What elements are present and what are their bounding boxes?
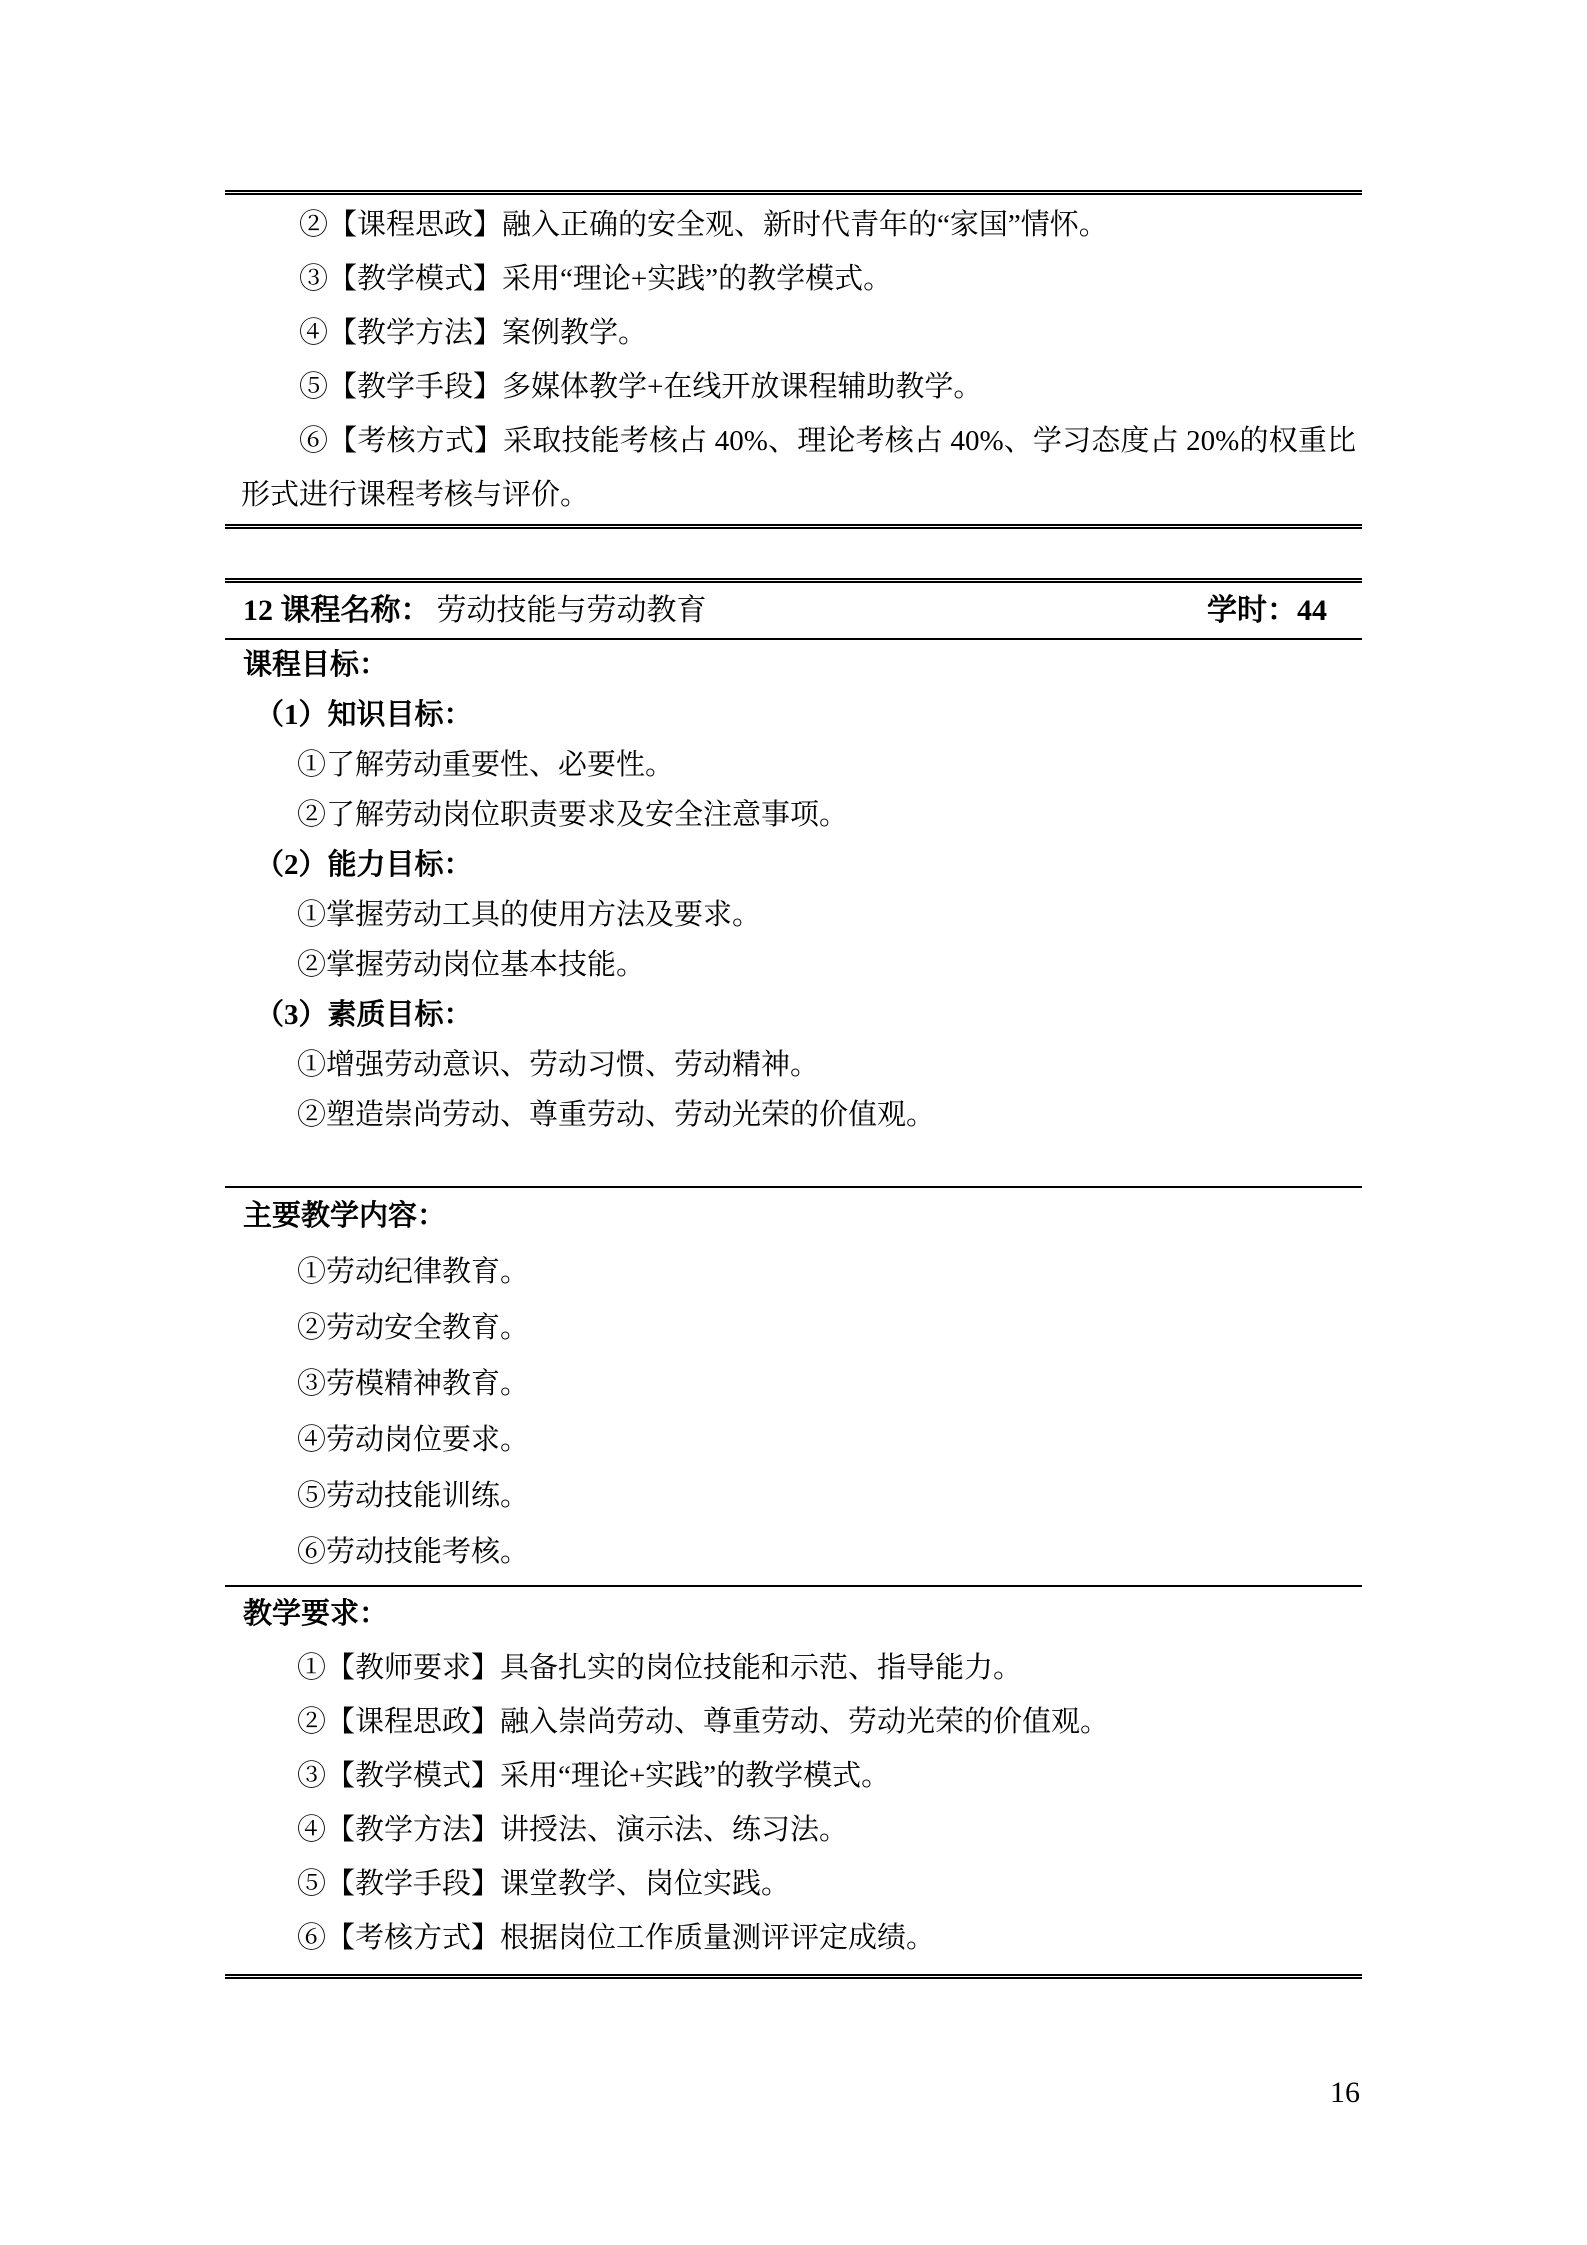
course-number-label: 12 课程名称： bbox=[243, 594, 431, 627]
requirement-item: ④【教学方法】讲授法、演示法、练习法。 bbox=[225, 1803, 1356, 1857]
teaching-requirements-row: 教学要求： ①【教师要求】具备扎实的岗位技能和示范、指导能力。 ②【课程思政】融… bbox=[225, 1587, 1362, 1974]
course-header-row: 12 课程名称：劳动技能与劳动教育 学时：44 bbox=[225, 583, 1362, 640]
page-number: 16 bbox=[1330, 2076, 1360, 2110]
objective-item: ①掌握劳动工具的使用方法及要求。 bbox=[225, 890, 1356, 940]
document-page: ②【课程思政】融入正确的安全观、新时代青年的“家国”情怀。 ③【教学模式】采用“… bbox=[0, 0, 1587, 2245]
requirement-item: ⑥【考核方式】根据岗位工作质量测评评定成绩。 bbox=[225, 1911, 1356, 1965]
requirement-item: ②【课程思政】融入崇尚劳动、尊重劳动、劳动光荣的价值观。 bbox=[225, 1695, 1356, 1749]
teaching-content-heading: 主要教学内容： bbox=[225, 1188, 1356, 1244]
objectives-group-title: （1）知识目标： bbox=[225, 690, 1356, 740]
objective-item: ②塑造崇尚劳动、尊重劳动、劳动光荣的价值观。 bbox=[225, 1090, 1356, 1140]
requirement-item: ②【课程思政】融入正确的安全观、新时代青年的“家国”情怀。 bbox=[241, 198, 1356, 252]
requirement-item: ④【教学方法】案例教学。 bbox=[241, 306, 1356, 360]
requirement-item: ①【教师要求】具备扎实的岗位技能和示范、指导能力。 bbox=[225, 1641, 1356, 1695]
objectives-group-title: （3）素质目标： bbox=[225, 990, 1356, 1040]
content-item: ②劳动安全教育。 bbox=[225, 1300, 1356, 1356]
teaching-content-row: 主要教学内容： ①劳动纪律教育。 ②劳动安全教育。 ③劳模精神教育。 ④劳动岗位… bbox=[225, 1188, 1362, 1587]
objectives-group-title: （2）能力目标： bbox=[225, 840, 1356, 890]
content-item: ③劳模精神教育。 bbox=[225, 1356, 1356, 1412]
course-table: 12 课程名称：劳动技能与劳动教育 学时：44 课程目标： （1）知识目标： ①… bbox=[225, 578, 1362, 1979]
requirement-item: ③【教学模式】采用“理论+实践”的教学模式。 bbox=[225, 1749, 1356, 1803]
content-item: ⑥劳动技能考核。 bbox=[225, 1524, 1356, 1580]
objective-item: ①了解劳动重要性、必要性。 bbox=[225, 740, 1356, 790]
hours-value: 44 bbox=[1297, 594, 1327, 627]
previous-course-requirements-section: ②【课程思政】融入正确的安全观、新时代青年的“家国”情怀。 ③【教学模式】采用“… bbox=[225, 190, 1362, 529]
requirement-item: ⑥【考核方式】采取技能考核占 40%、理论考核占 40%、学习态度占 20%的权… bbox=[241, 414, 1356, 522]
teaching-requirements-heading: 教学要求： bbox=[225, 1587, 1356, 1641]
content-item: ⑤劳动技能训练。 bbox=[225, 1468, 1356, 1524]
requirement-item: ③【教学模式】采用“理论+实践”的教学模式。 bbox=[241, 252, 1356, 306]
objectives-heading: 课程目标： bbox=[225, 640, 1356, 690]
content-item: ①劳动纪律教育。 bbox=[225, 1244, 1356, 1300]
course-title: 12 课程名称：劳动技能与劳动教育 bbox=[243, 583, 707, 638]
content-item: ④劳动岗位要求。 bbox=[225, 1412, 1356, 1468]
course-objectives-row: 课程目标： （1）知识目标： ①了解劳动重要性、必要性。 ②了解劳动岗位职责要求… bbox=[225, 640, 1362, 1188]
hours-label: 学时： bbox=[1207, 594, 1297, 627]
requirement-item: ⑤【教学手段】多媒体教学+在线开放课程辅助教学。 bbox=[241, 360, 1356, 414]
course-name: 劳动技能与劳动教育 bbox=[437, 594, 707, 627]
requirement-item: ⑤【教学手段】课堂教学、岗位实践。 bbox=[225, 1857, 1356, 1911]
objective-item: ②掌握劳动岗位基本技能。 bbox=[225, 940, 1356, 990]
objective-item: ①增强劳动意识、劳动习惯、劳动精神。 bbox=[225, 1040, 1356, 1090]
objective-item: ②了解劳动岗位职责要求及安全注意事项。 bbox=[225, 790, 1356, 840]
course-hours: 学时：44 bbox=[1207, 583, 1327, 638]
